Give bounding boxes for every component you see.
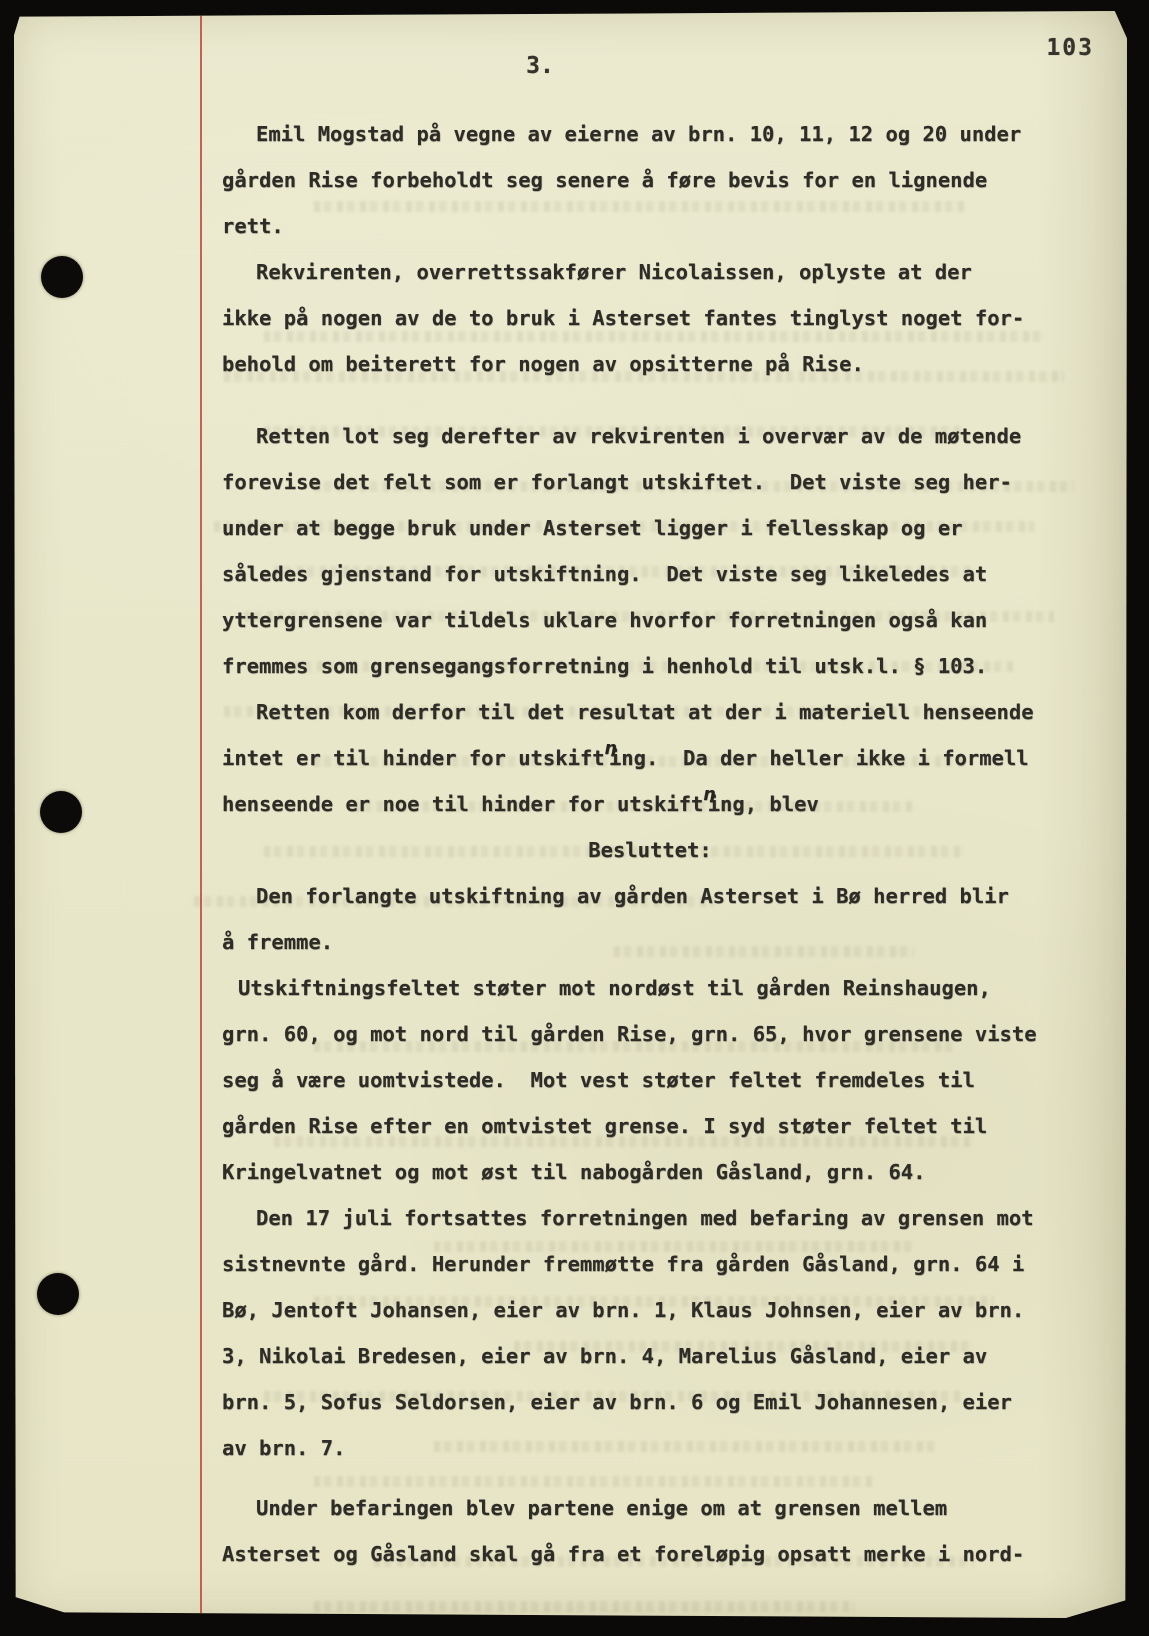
handwritten-insert-letter: n	[703, 772, 707, 818]
document-lines: Emil Mogstad på vegne av eierne av brn. …	[222, 111, 1078, 1577]
text-line: intet er til hinder for utskiftning. Da …	[222, 735, 1078, 781]
text-line: grn. 60, og mot nord til gården Rise, gr…	[222, 1011, 1078, 1057]
handwritten-insert-letter: n	[605, 726, 609, 772]
text-line: 3, Nikolai Bredesen, eier av brn. 4, Mar…	[222, 1333, 1078, 1379]
sheet-number: 3.	[200, 53, 880, 79]
text-line: under at begge bruk under Asterset ligge…	[222, 505, 1078, 551]
text-line: således gjenstand for utskiftning. Det v…	[222, 551, 1078, 597]
text-line: behold om beiterett for nogen av opsitte…	[222, 341, 1078, 387]
text-line: ikke på nogen av de to bruk i Asterset f…	[222, 295, 1078, 341]
text-line: Under befaringen blev partene enige om a…	[222, 1485, 1078, 1531]
text-line: brn. 5, Sofus Seldorsen, eier av brn. 6 …	[222, 1379, 1078, 1425]
text-line: Den forlangte utskiftning av gården Aste…	[222, 873, 1078, 919]
text-line: rett.	[222, 203, 1078, 249]
archive-page-number: 103	[974, 35, 1094, 61]
text-line: av brn. 7.	[222, 1425, 1078, 1471]
text-line: fremmes som grensegangsforretning i henh…	[222, 643, 1078, 689]
hole-punch	[40, 791, 82, 833]
bleed-through-smudge	[314, 1601, 854, 1612]
text-line: Kringelvatnet og mot øst til nabogården …	[222, 1149, 1078, 1195]
text-line: Emil Mogstad på vegne av eierne av brn. …	[222, 111, 1078, 157]
text-line: Retten kom derfor til det resultat at de…	[222, 689, 1078, 735]
text-line: seg å være uomtvistede. Mot vest støter …	[222, 1057, 1078, 1103]
text-line: sistnevnte gård. Herunder fremmøtte fra …	[222, 1241, 1078, 1287]
text-line: Den 17 juli fortsattes forretningen med …	[222, 1195, 1078, 1241]
hole-punch	[41, 256, 83, 298]
text-line: Rekvirenten, overrettssakfører Nicolaiss…	[222, 249, 1078, 295]
text-line: yttergrensene var tildels uklare hvorfor…	[222, 597, 1078, 643]
text-line: Utskiftningsfeltet støter mot nordøst ti…	[222, 965, 1078, 1011]
text-line: Besluttet:	[222, 827, 1078, 873]
text-line: Asterset og Gåsland skal gå fra et forel…	[222, 1531, 1078, 1577]
hole-punch	[37, 1273, 79, 1315]
paper-sheet: 103 3. Emil Mogstad på vegne av eierne a…	[14, 11, 1127, 1618]
text-line: Bø, Jentoft Johansen, eier av brn. 1, Kl…	[222, 1287, 1078, 1333]
text-line: henseende er noe til hinder for utskiftn…	[222, 781, 1078, 827]
text-line: forevise det felt som er forlangt utskif…	[222, 459, 1078, 505]
red-margin-line	[200, 11, 202, 1618]
text-line: å fremme.	[222, 919, 1078, 965]
text-line: gården Rise efter en omtvistet grense. I…	[222, 1103, 1078, 1149]
scanned-document-page: { "page": { "archive_page_number": "103"…	[0, 0, 1149, 1636]
text-line: Retten lot seg derefter av rekvirenten i…	[222, 413, 1078, 459]
text-line: gården Rise forbeholdt seg senere å føre…	[222, 157, 1078, 203]
